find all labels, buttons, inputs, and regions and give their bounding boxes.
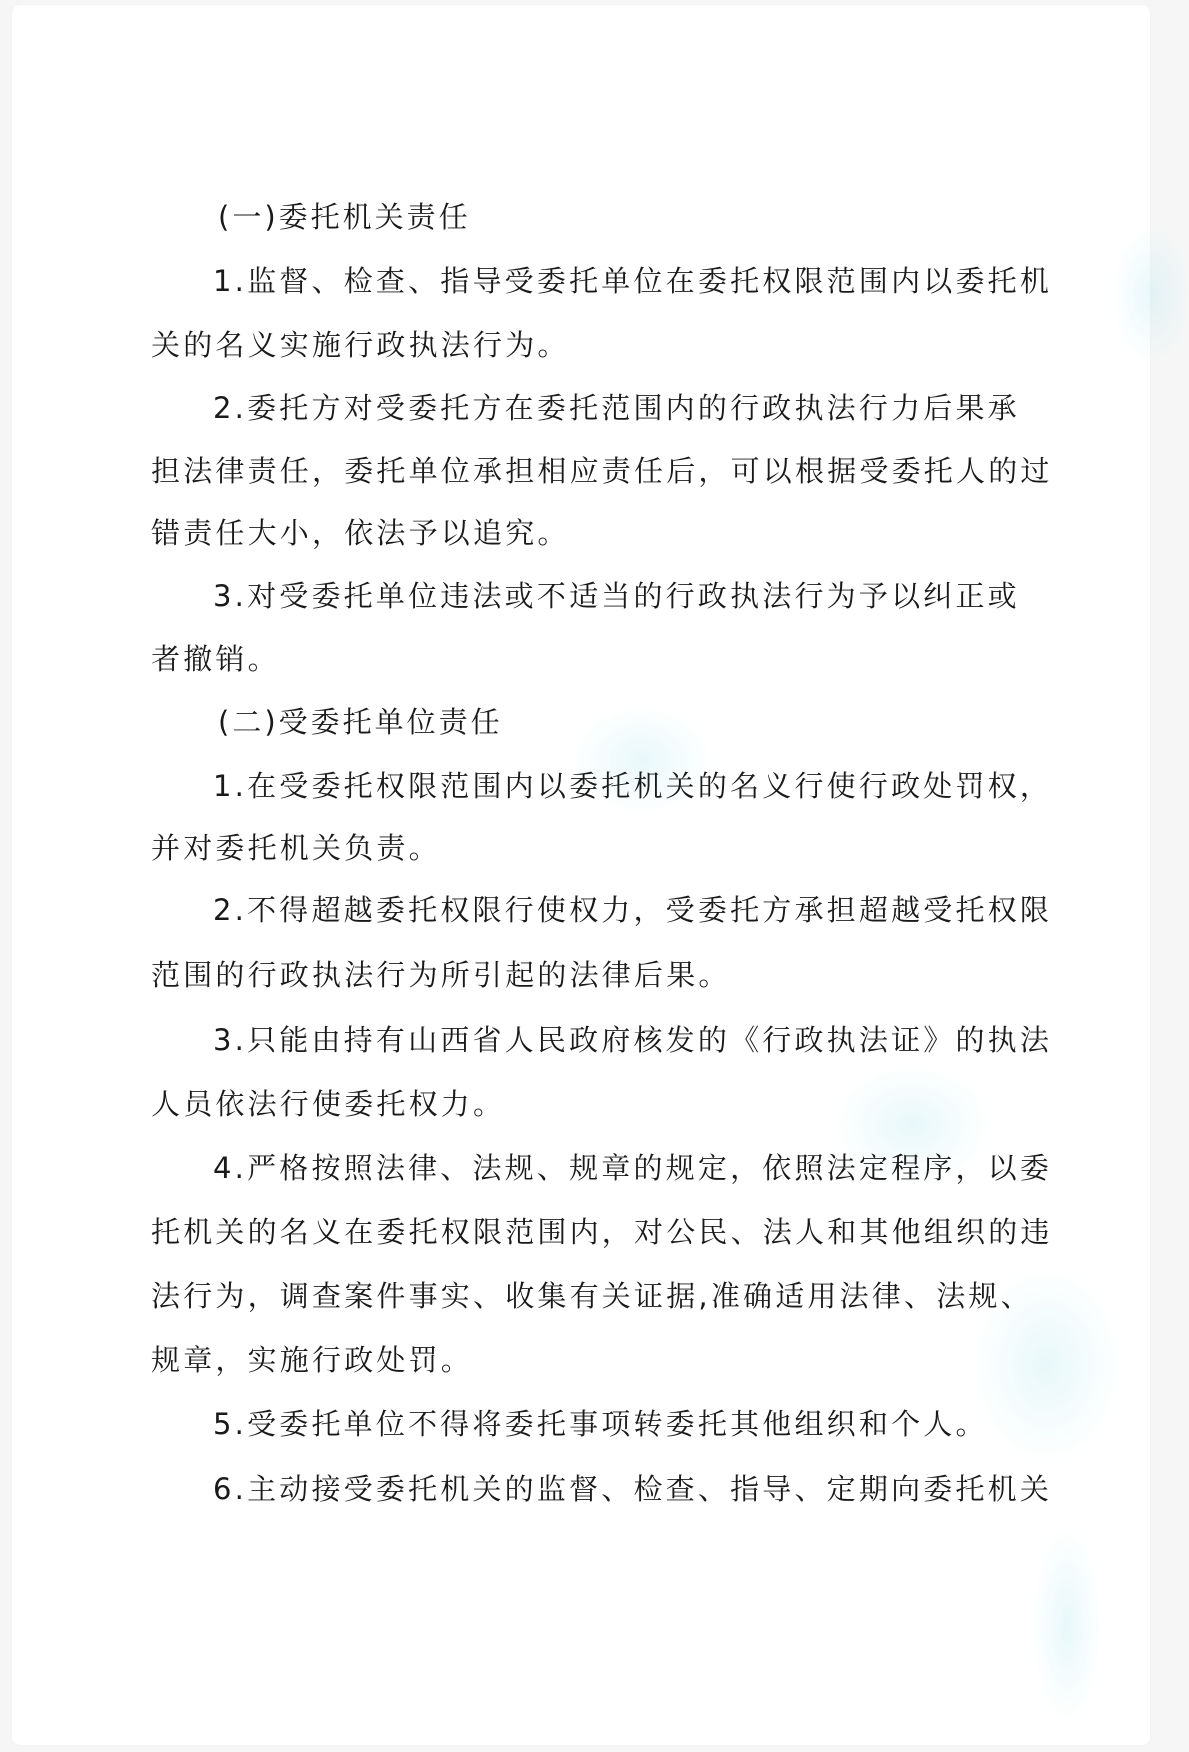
- text-line: 规章，实施行政处罚。: [151, 1342, 473, 1378]
- text-line: 托机关的名义在委托权限范围内，对公民、法人和其他组织的违: [151, 1214, 1053, 1250]
- text-line: 5.受委托单位不得将委托事项转委托其他组织和个人。: [213, 1406, 988, 1442]
- text-line: 并对委托机关负责。: [151, 830, 441, 866]
- text-line: 2.不得超越委托权限行使权力，受委托方承担超越受托权限: [213, 892, 1052, 928]
- text-line: 者撤销。: [151, 641, 280, 677]
- text-line: 法行为，调查案件事实、收集有关证据,准确适用法律、法规、: [151, 1278, 1033, 1314]
- text-line: 3.只能由持有山西省人民政府核发的《行政执法证》的执法: [213, 1022, 1052, 1058]
- text-line: 担法律责任，委托单位承担相应责任后，可以根据受委托人的过: [151, 453, 1053, 489]
- section-heading: (一)委托机关责任: [218, 199, 471, 235]
- text-line: 关的名义实施行政执法行为。: [151, 327, 570, 363]
- section-heading: (二)受委托单位责任: [218, 704, 503, 740]
- text-line: 错责任大小，依法予以追究。: [151, 515, 570, 551]
- text-line: 1.在受委托权限范围内以委托机关的名义行使行政处罚权，: [213, 768, 1052, 804]
- text-line: 3.对受委托单位违法或不适当的行政执法行为予以纠正或: [213, 578, 1020, 614]
- text-line: 6.主动接受委托机关的监督、检查、指导、定期向委托机关: [213, 1471, 1052, 1507]
- scan-smudge: [1112, 225, 1189, 365]
- text-line: 范围的行政执法行为所引起的法律后果。: [151, 957, 731, 993]
- scan-smudge: [1032, 1525, 1102, 1725]
- text-line: 4.严格按照法律、法规、规章的规定，依照法定程序，以委: [213, 1150, 1052, 1186]
- text-line: 2.委托方对受委托方在委托范围内的行政执法行力后果承: [213, 390, 1020, 426]
- text-line: 人员依法行使委托权力。: [151, 1086, 505, 1122]
- text-line: 1.监督、检查、指导受委托单位在委托权限范围内以委托机: [213, 263, 1052, 299]
